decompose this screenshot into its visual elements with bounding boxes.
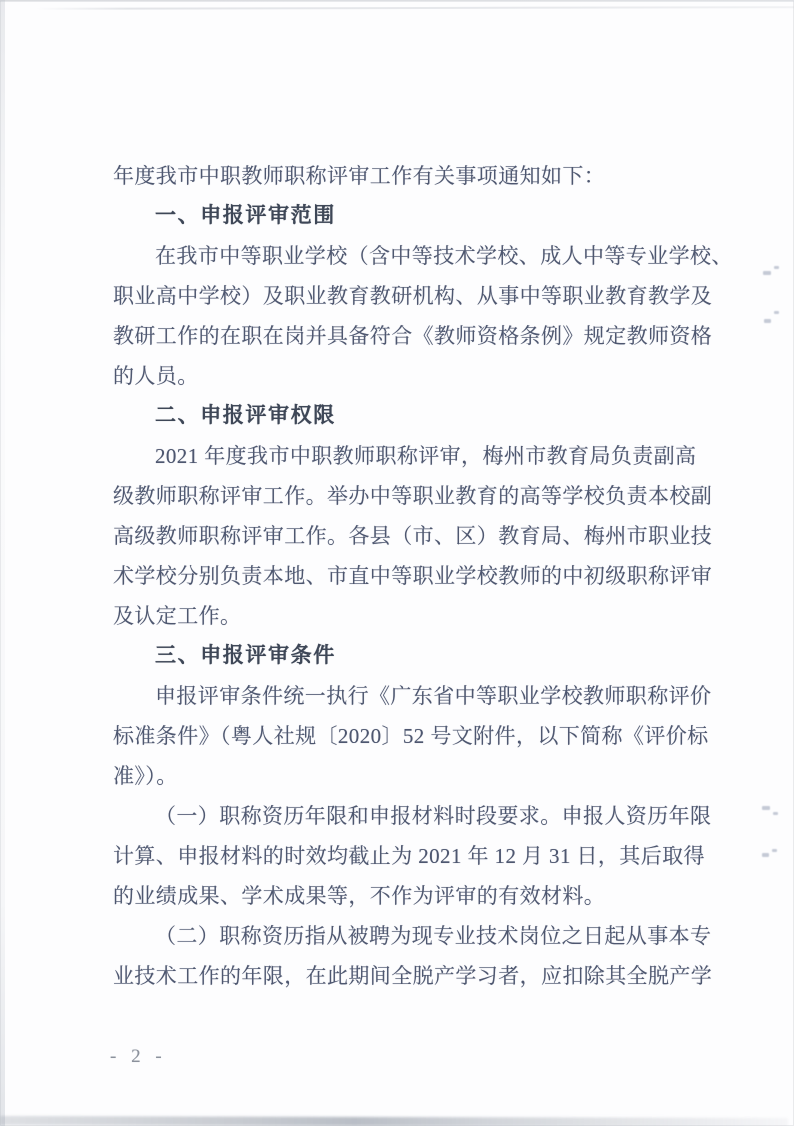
document-line: 标准条件》（粤人社规〔2020〕52 号文附件，以下简称《评价标: [113, 716, 723, 756]
document-line: 的业绩成果、学术成果等，不作为评审的有效材料。: [113, 876, 723, 916]
scan-speck: [772, 849, 777, 852]
scan-edge-bottom-smudge: [0, 1116, 788, 1126]
scan-speck: [762, 853, 769, 857]
scanned-document-page: 年度我市中职教师职称评审工作有关事项通知如下： 一、申报评审范围 在我市中等职业…: [0, 0, 794, 1126]
document-line-item-2: （二）职称资历指从被聘为现专业技术岗位之日起从事本专: [113, 916, 723, 956]
scan-edge-top-border: [0, 0, 794, 2]
section-heading-3: 三、申报评审条件: [113, 636, 723, 676]
document-line: 职业高中学校）及职业教育教研机构、从事中等职业教育教学及: [113, 276, 723, 316]
scan-speck: [773, 812, 778, 815]
scan-speck: [762, 806, 770, 810]
document-line: 在我市中等职业学校（含中等技术学校、成人中等专业学校、: [113, 236, 723, 276]
document-line: 及认定工作。: [113, 596, 723, 636]
document-line-item-1: （一）职称资历年限和申报材料时段要求。申报人资历年限: [113, 796, 723, 836]
document-line: 业技术工作的年限，在此期间全脱产学习者，应扣除其全脱产学: [113, 956, 723, 996]
document-line: 2021 年度我市中职教师职称评审，梅州市教育局负责副高: [113, 436, 723, 476]
section-heading-2: 二、申报评审权限: [113, 396, 723, 436]
document-line: 教研工作的在职在岗并具备符合《教师资格条例》规定教师资格: [113, 316, 723, 356]
scan-speck: [764, 319, 771, 323]
document-body: 年度我市中职教师职称评审工作有关事项通知如下： 一、申报评审范围 在我市中等职业…: [113, 156, 723, 996]
scan-speck: [774, 311, 779, 314]
scan-speck: [774, 266, 779, 269]
scan-edge-left-shade: [0, 0, 5, 1126]
document-line: 高级教师职称评审工作。各县（市、区）教育局、梅州市职业技: [113, 516, 723, 556]
document-line: 的人员。: [113, 356, 723, 396]
document-line: 术学校分别负责本地、市直中等职业学校教师的中初级职称评审: [113, 556, 723, 596]
document-line: 计算、申报材料的时效均截止为 2021 年 12 月 31 日，其后取得: [113, 836, 723, 876]
document-line: 申报评审条件统一执行《广东省中等职业学校教师职称评价: [113, 676, 723, 716]
document-line: 准》）。: [113, 756, 723, 796]
scan-edge-top-line: [36, 6, 794, 10]
document-line: 级教师职称评审工作。举办中等职业教育的高等学校负责本校副: [113, 476, 723, 516]
document-line: 年度我市中职教师职称评审工作有关事项通知如下：: [113, 156, 723, 196]
page-number: - 2 -: [110, 1042, 167, 1072]
section-heading-1: 一、申报评审范围: [113, 196, 723, 236]
scan-speck: [763, 271, 771, 275]
